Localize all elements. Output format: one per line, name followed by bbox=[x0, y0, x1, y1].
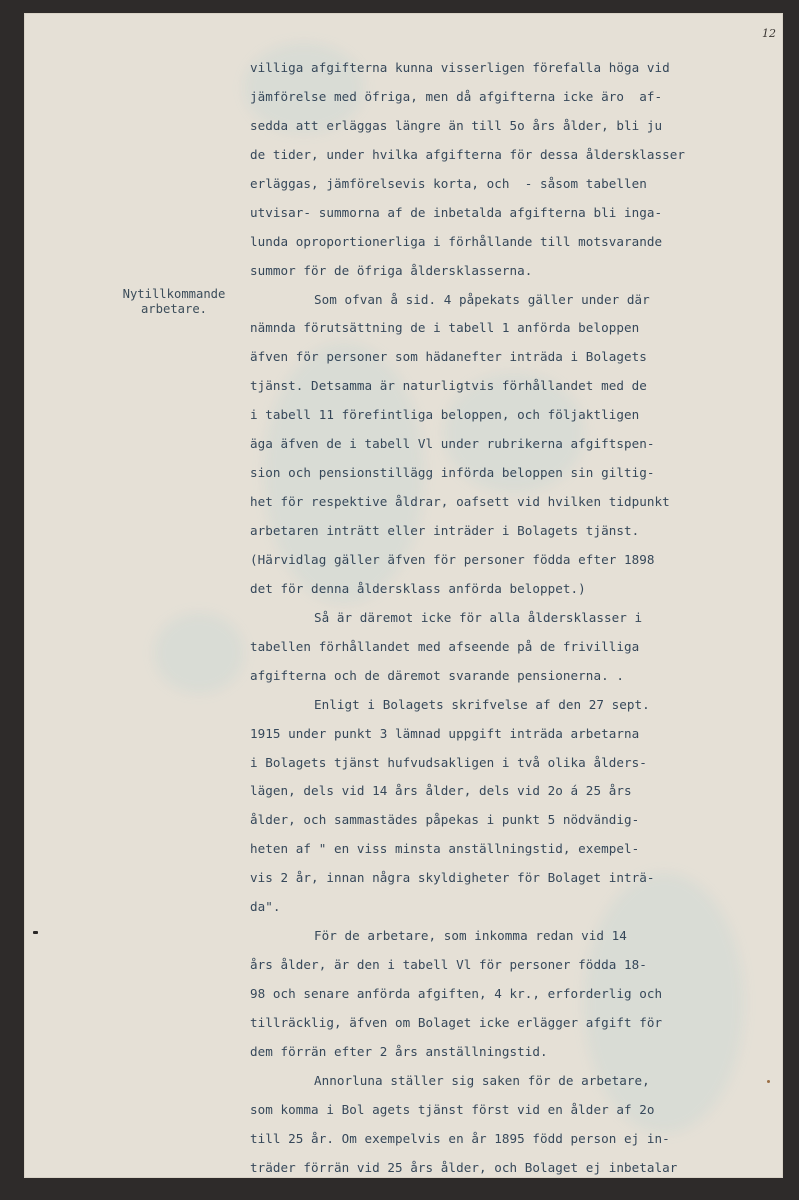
typewritten-body: villiga afgifterna kunna visserligen för… bbox=[250, 58, 770, 1187]
text-line: arbetaren inträtt eller inträder i Bolag… bbox=[250, 521, 770, 550]
text-line: het för respektive åldrar, oafsett vid h… bbox=[250, 492, 770, 521]
text-line: afgifterna och de däremot svarande pensi… bbox=[250, 666, 770, 695]
text-line: tillräcklig, äfven om Bolaget icke erläg… bbox=[250, 1013, 770, 1042]
margin-note-line-2: arbetare. bbox=[104, 302, 244, 317]
margin-mark bbox=[33, 931, 38, 934]
text-line: dem förrän efter 2 års anställningstid. bbox=[250, 1042, 770, 1071]
text-line: da". bbox=[250, 897, 770, 926]
text-line: sion och pensionstillägg införda beloppe… bbox=[250, 463, 770, 492]
text-line: i tabell 11 förefintliga beloppen, och f… bbox=[250, 405, 770, 434]
text-line: de tider, under hvilka afgifterna för de… bbox=[250, 145, 770, 174]
text-line: lägen, dels vid 14 års ålder, dels vid 2… bbox=[250, 781, 770, 810]
text-line: i Bolagets tjänst hufvudsakligen i två o… bbox=[250, 753, 770, 782]
text-line: års ålder, är den i tabell Vl för person… bbox=[250, 955, 770, 984]
text-line: Så är däremot icke för alla åldersklasse… bbox=[250, 608, 770, 637]
text-line: träder förrän vid 25 års ålder, och Bola… bbox=[250, 1158, 770, 1187]
text-line: erläggas, jämförelsevis korta, och - sås… bbox=[250, 174, 770, 203]
text-line: (Härvidlag gäller äfven för personer föd… bbox=[250, 550, 770, 579]
text-line: Som ofvan å sid. 4 påpekats gäller under… bbox=[250, 290, 770, 319]
page-number: 12 bbox=[762, 27, 776, 40]
text-line: Annorluna ställer sig saken för de arbet… bbox=[250, 1071, 770, 1100]
margin-note-line-1: Nytillkommande bbox=[104, 287, 244, 302]
text-line: till 25 år. Om exempelvis en år 1895 föd… bbox=[250, 1129, 770, 1158]
text-line: tabellen förhållandet med afseende på de… bbox=[250, 637, 770, 666]
text-line: vis 2 år, innan några skyldigheter för B… bbox=[250, 868, 770, 897]
margin-note: Nytillkommande arbetare. bbox=[104, 287, 244, 317]
text-line: ålder, och sammastädes påpekas i punkt 5… bbox=[250, 810, 770, 839]
text-line: sedda att erläggas längre än till 5o års… bbox=[250, 116, 770, 145]
text-line: det för denna åldersklass anförda belopp… bbox=[250, 579, 770, 608]
text-line: heten af " en viss minsta anställningsti… bbox=[250, 839, 770, 868]
text-line: jämförelse med öfriga, men då afgifterna… bbox=[250, 87, 770, 116]
text-line: äfven för personer som hädanefter inträd… bbox=[250, 347, 770, 376]
text-line: villiga afgifterna kunna visserligen för… bbox=[250, 58, 770, 87]
ink-stain bbox=[154, 613, 244, 693]
text-line: 98 och senare anförda afgiften, 4 kr., e… bbox=[250, 984, 770, 1013]
text-line: Enligt i Bolagets skrifvelse af den 27 s… bbox=[250, 695, 770, 724]
text-line: tjänst. Detsamma är naturligtvis förhåll… bbox=[250, 376, 770, 405]
text-line: äga äfven de i tabell Vl under rubrikern… bbox=[250, 434, 770, 463]
text-line: För de arbetare, som inkomma redan vid 1… bbox=[250, 926, 770, 955]
text-line: summor för de öfriga åldersklasserna. bbox=[250, 261, 770, 290]
text-line: 1915 under punkt 3 lämnad uppgift inträd… bbox=[250, 724, 770, 753]
text-line: nämnda förutsättning de i tabell 1 anför… bbox=[250, 318, 770, 347]
text-line: lunda oproportionerliga i förhållande ti… bbox=[250, 232, 770, 261]
text-line: utvisar- summorna af de inbetalda afgift… bbox=[250, 203, 770, 232]
text-line: som komma i Bol agets tjänst först vid e… bbox=[250, 1100, 770, 1129]
